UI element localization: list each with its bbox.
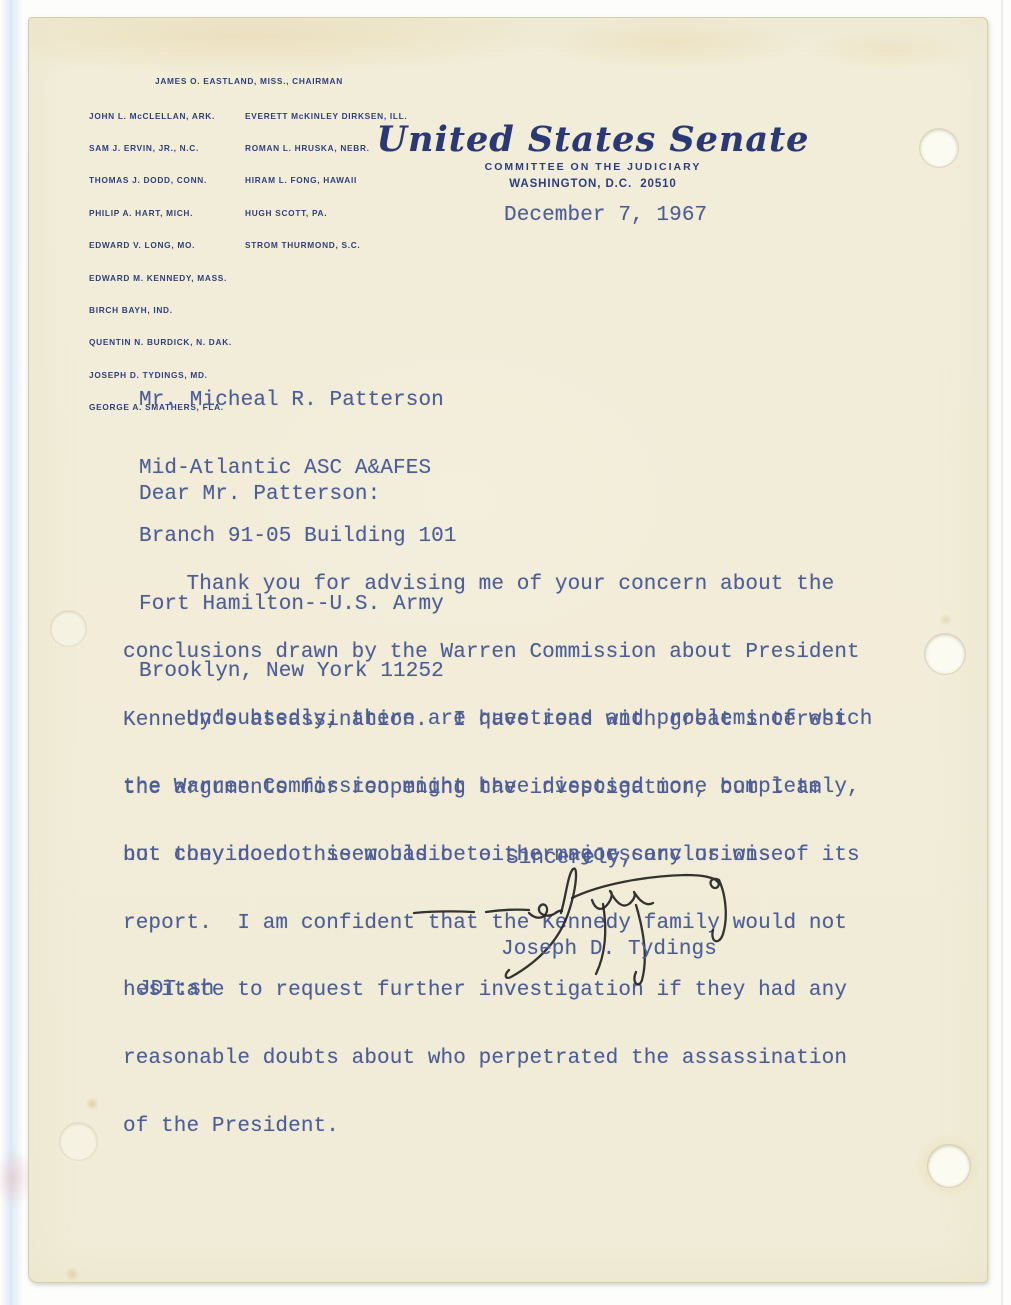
senator-name: EDWARD V. LONG, MO. bbox=[89, 240, 232, 251]
recipient-line: Mr. Micheal R. Patterson bbox=[139, 390, 457, 413]
scanned-letter: JAMES O. EASTLAND, MISS., CHAIRMAN JOHN … bbox=[0, 0, 1011, 1305]
scanner-edge-tint bbox=[0, 0, 24, 1305]
signature-crossbar-flourish bbox=[572, 875, 726, 941]
senator-name: PHILIP A. HART, MICH. bbox=[89, 208, 232, 219]
letter-date: December 7, 1967 bbox=[504, 205, 707, 228]
senator-name: BIRCH BAYH, IND. bbox=[89, 305, 232, 316]
body-line: conclusions drawn by the Warren Commissi… bbox=[123, 642, 860, 665]
body-line: Undoubtedly, there are questions and pro… bbox=[123, 709, 872, 732]
body-line: reasonable doubts about who perpetrated … bbox=[123, 1048, 872, 1071]
recipient-line: Mid-Atlantic ASC A&AFES bbox=[139, 458, 457, 481]
punch-hole-middle-left bbox=[51, 611, 86, 646]
body-line: of the President. bbox=[123, 1116, 872, 1139]
senator-name: STROM THURMOND, S.C. bbox=[245, 240, 407, 251]
scanner-edge-line bbox=[1001, 0, 1003, 1305]
typist-reference-initials: JDT:sh bbox=[138, 979, 214, 1002]
senate-wordmark: United States Senate bbox=[363, 122, 823, 158]
punch-hole-bottom-left bbox=[60, 1123, 97, 1160]
body-line: the Warren Commission might have dispose… bbox=[123, 777, 872, 800]
punch-hole-bottom-right bbox=[928, 1145, 970, 1187]
committee-name: COMMITTEE ON THE JUDICIARY bbox=[363, 161, 823, 174]
typed-signature-name: Joseph D. Tydings bbox=[501, 939, 717, 962]
signature-dashes bbox=[414, 910, 529, 913]
committee-address: WASHINGTON, D.C. 20510 bbox=[363, 178, 823, 191]
signature-ydings-letters bbox=[592, 891, 653, 909]
punch-hole-middle-right bbox=[925, 634, 965, 674]
senator-name: JOHN L. McCLELLAN, ARK. bbox=[89, 111, 232, 122]
handwritten-signature bbox=[396, 856, 766, 1001]
punch-hole-top-right bbox=[920, 129, 958, 167]
body-line: Thank you for advising me of your concer… bbox=[123, 574, 860, 597]
senator-name: EDWARD M. KENNEDY, MASS. bbox=[89, 273, 232, 284]
senator-name: HUGH SCOTT, PA. bbox=[245, 208, 407, 219]
salutation: Dear Mr. Patterson: bbox=[139, 484, 380, 507]
senator-name: THOMAS J. DODD, CONN. bbox=[89, 175, 232, 186]
letterhead-masthead: United States Senate COMMITTEE ON THE JU… bbox=[363, 122, 823, 191]
signature-joe-letters bbox=[529, 904, 562, 917]
committee-chairman: JAMES O. EASTLAND, MISS., CHAIRMAN bbox=[155, 76, 343, 86]
senator-name: SAM J. ERVIN, JR., N.C. bbox=[89, 143, 232, 154]
letter-paper: JAMES O. EASTLAND, MISS., CHAIRMAN JOHN … bbox=[28, 17, 988, 1283]
